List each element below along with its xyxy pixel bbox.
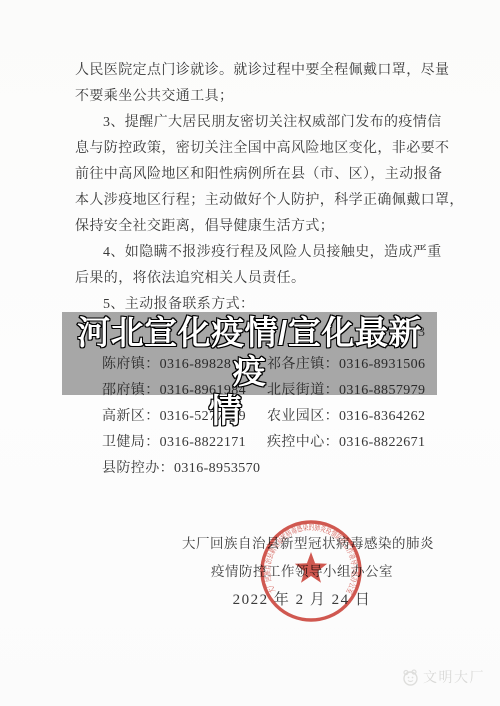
contact-cell: 卫健局：0316-8822171 (102, 430, 267, 456)
contact-cell (267, 456, 442, 482)
body-line: 前往中高风险地区和阳性病例所在县（市、区），主动报备 (75, 162, 435, 188)
contact-row: 县防控办：0316-8953570 (102, 456, 442, 482)
contact-cell: 疾控中心：0316-8822671 (267, 430, 442, 456)
document-photo: 人民医院定点门诊就诊。就诊过程中要全程佩戴口罩，尽量 不要乘坐公共交通工具； 3… (0, 0, 500, 706)
watermark-mascot-icon (401, 668, 420, 687)
body-line: 4、如隐瞒不报涉疫行程及风险人员接触史，造成严重 (75, 240, 435, 266)
headline-line: 情 (38, 391, 413, 430)
body-line: 不要乘坐公共交通工具； (75, 84, 435, 110)
body-line: 保持安全社交距离，倡导健康生活方式； (75, 214, 435, 240)
body-line: 息与防控政策，密切关注全国中高风险地区变化，非必要不 (75, 136, 435, 162)
headline-title: 河北宣化疫情/宣化最新疫 情 (62, 313, 437, 430)
body-line: 后果的，将依法追究相关人员责任。 (75, 266, 435, 292)
watermark: 文明大厂 (401, 667, 485, 687)
watermark-label: 文明大厂 (423, 667, 485, 687)
body-line: 本人涉疫地区行程；主动做好个人防护，科学正确佩戴口罩， (75, 188, 435, 214)
seal-star-icon (295, 552, 327, 583)
body-line: 3、提醒广大居民朋友密切关注权威部门发布的疫情信 (75, 110, 435, 136)
contact-cell: 县防控办：0316-8953570 (102, 456, 267, 482)
official-seal-stamp: 大厂回族自治县新型冠状病毒感染的肺炎疫情防控工作领导小组办公室 (256, 516, 366, 626)
contact-row: 卫健局：0316-8822171 疾控中心：0316-8822671 (102, 430, 442, 456)
body-line: 人民医院定点门诊就诊。就诊过程中要全程佩戴口罩，尽量 (75, 58, 435, 84)
headline-line: 河北宣化疫情/宣化最新疫 (62, 313, 437, 391)
document-body: 人民医院定点门诊就诊。就诊过程中要全程佩戴口罩，尽量 不要乘坐公共交通工具； 3… (75, 58, 435, 318)
